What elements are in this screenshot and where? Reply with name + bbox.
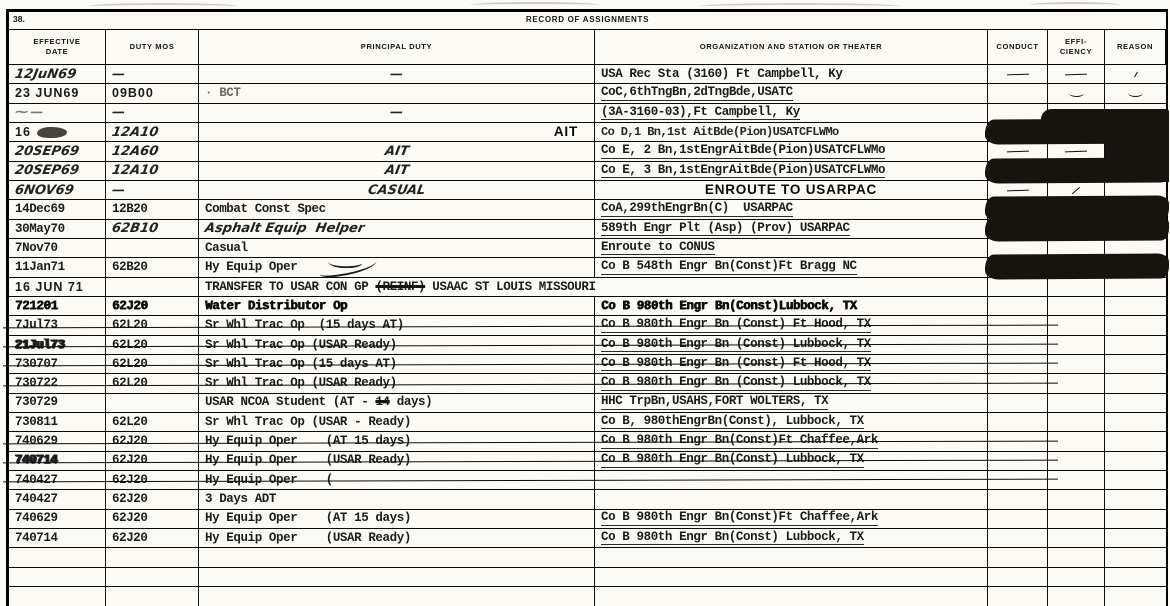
table-row: 74062962J20Hy Equip Oper (AT 15 days)Co … <box>9 432 1166 451</box>
cell-text: 62L20 <box>112 358 148 371</box>
table-row: 73072262L20Sr Whl Trac Op (USAR Ready)Co… <box>9 374 1166 393</box>
cell-text: 62J20 <box>112 474 148 487</box>
table-row: 30May7062B10Asphalt Equip Helper589th En… <box>9 220 1166 239</box>
cell-text: Sr Whl Trac Op (USAR Ready) <box>205 339 397 352</box>
cell-text: — <box>389 106 404 119</box>
effective-date-cell <box>9 548 106 566</box>
organization-cell: CoC,6thTngBn,2dTngBde,USATC <box>595 84 988 102</box>
table-row: 16 JUN 71TRANSFER TO USAR CON GP (REINF)… <box>9 278 1166 297</box>
duty-mos-cell: 12A10 <box>106 162 199 180</box>
cell-text: 730707 <box>15 358 58 371</box>
efficiency-cell <box>1048 374 1105 392</box>
principal-duty-cell <box>199 587 595 606</box>
cell-text: 62J20 <box>112 493 148 506</box>
pen-mark <box>1006 73 1028 75</box>
organization-cell: Co B 980th Engr Bn(Const) Lubbock, TX <box>595 529 988 547</box>
form-title-band: 38. RECORD OF ASSIGNMENTS <box>9 12 1166 30</box>
reason-cell <box>1105 568 1166 586</box>
cell-text: Co B 980th Engr Bn(Const) Lubbock, TX <box>601 531 864 546</box>
principal-duty-cell: — <box>199 65 595 83</box>
cell-text: Co B 980th Engr Bn (Const) Lubbock, TX <box>601 338 871 353</box>
effective-date-cell: 6NOV69 <box>9 181 106 199</box>
organization-cell: Enroute to CONUS <box>595 239 988 257</box>
cell-text: Co E, 2 Bn,1stEngrAitBde(Pion)USATCFLWMo <box>601 144 885 159</box>
effective-date-cell <box>9 568 106 586</box>
duty-mos-cell: 62B10 <box>106 220 199 238</box>
reason-cell <box>1105 490 1166 508</box>
efficiency-cell <box>1048 84 1105 102</box>
duty-mos-cell: 62L20 <box>106 316 199 334</box>
table-row: 12JuN69——USA Rec Sta (3160) Ft Campbell,… <box>9 65 1166 84</box>
conduct-cell <box>988 394 1048 412</box>
principal-duty-cell: Sr Whl Trac Op (15 days AT) <box>199 355 595 373</box>
efficiency-cell <box>1048 65 1105 83</box>
table-row <box>9 548 1166 567</box>
cell-text: Casual <box>205 242 248 255</box>
reason-cell <box>1105 548 1166 566</box>
principal-duty-cell: — <box>199 104 595 122</box>
cell-text: 740629 <box>15 435 58 448</box>
cell-text: 16 JUN 71 <box>15 281 84 294</box>
conduct-cell <box>988 568 1048 586</box>
duty-mos-cell: 62L20 <box>106 355 199 373</box>
table-row: 23 JUN6909B00· BCTCoC,6thTngBn,2dTngBde,… <box>9 84 1166 103</box>
table-row: 74071462J20Hy Equip Oper (USAR Ready)Co … <box>9 529 1166 548</box>
cell-text: Enroute to CONUS <box>601 241 715 256</box>
principal-duty-cell: Combat Const Spec <box>199 200 595 218</box>
table-row: 74071462J20Hy Equip Oper (USAR Ready)Co … <box>9 452 1166 471</box>
cell-text: 730811 <box>15 416 58 429</box>
effective-date-cell: 730811 <box>9 413 106 431</box>
organization-cell <box>595 587 988 606</box>
principal-duty-cell <box>199 568 595 586</box>
table-row: 16 12A10AITCo D,1 Bn,1st AitBde(Pion)USA… <box>9 123 1166 142</box>
reason-cell <box>1105 413 1166 431</box>
cell-text: Co B 980th Engr Bn(Const)Ft Chaffee,Ark <box>601 434 878 449</box>
cell-text: Co B 980th Engr Bn(Const) Lubbock, TX <box>601 453 864 468</box>
form-title: RECORD OF ASSIGNMENTS <box>526 15 649 24</box>
principal-duty-cell: AIT <box>199 162 595 180</box>
effective-date-cell: 730707 <box>9 355 106 373</box>
principal-duty-cell: AIT <box>199 142 595 160</box>
pen-mark <box>1128 89 1143 97</box>
efficiency-cell <box>1048 490 1105 508</box>
organization-cell: Co D,1 Bn,1st AitBde(Pion)USATCFLWMo <box>595 123 988 141</box>
principal-duty-cell: Hy Equip Oper <box>199 258 595 276</box>
redaction-mark <box>985 215 1169 241</box>
efficiency-cell <box>1048 336 1105 354</box>
cell-text: — <box>111 106 126 119</box>
organization-cell: Co E, 3 Bn,1stEngrAitBde(Pion)USATCFLWMo <box>595 162 988 180</box>
effective-date-cell: 730722 <box>9 374 106 392</box>
cell-text: Hy Equip Oper (AT 15 days) <box>205 512 411 525</box>
duty-mos-cell: 09B00 <box>106 84 199 102</box>
cell-text: 12A10 <box>111 126 160 139</box>
cell-text: Combat Const Spec <box>205 203 326 216</box>
cell-text: 62J20 <box>112 532 148 545</box>
reason-cell <box>1105 65 1166 83</box>
cell-text: days) <box>390 396 433 409</box>
effective-date-cell: 20SEP69 <box>9 142 106 160</box>
cell-text: Co B 980th Engr Bn (Const) Ft Hood, TX <box>601 318 871 333</box>
cell-text: Co B 548th Engr Bn(Const)Ft Bragg NC <box>601 260 857 275</box>
conduct-cell <box>988 510 1048 528</box>
efficiency-cell <box>1048 471 1105 489</box>
duty-mos-cell: 62J20 <box>106 432 199 450</box>
column-header-organization: ORGANIZATION AND STATION OR THEATER <box>595 30 988 64</box>
duty-mos-cell: — <box>106 65 199 83</box>
scan-streak <box>470 2 600 8</box>
conduct-cell <box>988 374 1048 392</box>
organization-cell: (3A-3160-03),Ft Campbell, Ky <box>595 104 988 122</box>
duty-mos-cell: 62J20 <box>106 510 199 528</box>
organization-cell: Co B, 980thEngrBn(Const), Lubbock, TX <box>595 413 988 431</box>
table-row: 73070762L20Sr Whl Trac Op (15 days AT)Co… <box>9 355 1166 374</box>
cell-text: — <box>111 184 126 197</box>
principal-duty-cell: Asphalt Equip Helper <box>199 220 595 238</box>
reason-cell <box>1105 336 1166 354</box>
cell-text: 23 JUN69 <box>15 87 79 100</box>
efficiency-cell <box>1048 316 1105 334</box>
effective-date-cell: 740427 <box>9 471 106 489</box>
effective-date-cell <box>9 587 106 606</box>
conduct-cell <box>988 548 1048 566</box>
organization-cell <box>595 490 988 508</box>
cell-text: Water Distributor Op <box>205 300 347 313</box>
reason-cell <box>1105 510 1166 528</box>
pen-mark <box>1065 73 1087 75</box>
table-row: 20SEP6912A10AITCo E, 3 Bn,1stEngrAitBde(… <box>9 162 1166 181</box>
conduct-cell <box>988 471 1048 489</box>
table-row: 72120162J20Water Distributor OpCo B 980t… <box>9 297 1166 316</box>
pen-mark <box>1072 187 1080 194</box>
cell-text: 16 <box>15 126 35 139</box>
cell-text: CASUAL <box>367 184 427 197</box>
cell-text: 62J20 <box>112 435 148 448</box>
principal-duty-cell: Casual <box>199 239 595 257</box>
table-row: 74062962J20Hy Equip Oper (AT 15 days)Co … <box>9 510 1166 529</box>
duty-mos-cell: 62B20 <box>106 258 199 276</box>
efficiency-cell <box>1048 548 1105 566</box>
effective-date-cell: 740629 <box>9 432 106 450</box>
duty-mos-cell: 62J20 <box>106 471 199 489</box>
table-row: 21Jul7362L20Sr Whl Trac Op (USAR Ready)C… <box>9 336 1166 355</box>
reason-cell <box>1105 84 1166 102</box>
cell-text: 740427 <box>15 474 58 487</box>
principal-duty-cell: Sr Whl Trac Op (USAR - Ready) <box>199 413 595 431</box>
cell-text: (REINF) <box>375 281 425 294</box>
reason-cell <box>1105 471 1166 489</box>
conduct-cell <box>988 336 1048 354</box>
cell-text: Co B, 980thEngrBn(Const), Lubbock, TX <box>601 415 864 430</box>
cell-text: USAAC ST LOUIS MISSOURI <box>425 281 595 294</box>
column-header-effective-date: EFFECTIVE DATE <box>9 30 106 64</box>
cell-text: HHC TrpBn,USAHS,FORT WOLTERS, TX <box>601 395 828 410</box>
cell-text: TRANSFER TO USAR CON GP <box>205 281 375 294</box>
organization-cell: Co B 980th Engr Bn (Const) Ft Hood, TX <box>595 316 988 334</box>
cell-text: 62J20 <box>112 454 148 467</box>
conduct-cell <box>988 316 1048 334</box>
organization-cell: Co B 980th Engr Bn(Const) Lubbock, TX <box>595 452 988 470</box>
principal-duty-cell: Hy Equip Oper (AT 15 days) <box>199 510 595 528</box>
scanned-record-of-assignments-form: 38. RECORD OF ASSIGNMENTS EFFECTIVE DATE… <box>0 0 1170 606</box>
effective-date-cell: 16 <box>9 123 106 141</box>
efficiency-cell <box>1048 568 1105 586</box>
cell-text: Co B 980th Engr Bn (Const) Lubbock, TX <box>601 376 871 391</box>
conduct-cell <box>988 529 1048 547</box>
cell-text: 62B20 <box>112 261 148 274</box>
cell-text: Sr Whl Trac Op (15 days AT) <box>205 358 397 371</box>
efficiency-cell <box>1048 278 1105 296</box>
pen-mark <box>1134 71 1138 77</box>
duty-mos-cell: 62J20 <box>106 490 199 508</box>
efficiency-cell <box>1048 452 1105 470</box>
cell-text: Co B 980th Engr Bn(Const)Lubbock, TX <box>601 300 857 313</box>
table-row: 730729USAR NCOA Student (AT - 14 days)HH… <box>9 394 1166 413</box>
principal-duty-cell <box>199 548 595 566</box>
duty-mos-cell: — <box>106 181 199 199</box>
cell-text: Co E, 3 Bn,1stEngrAitBde(Pion)USATCFLWMo <box>601 164 885 179</box>
cell-text: (3A-3160-03),Ft Campbell, Ky <box>601 106 800 121</box>
conduct-cell <box>988 84 1048 102</box>
principal-duty-cell: AIT <box>199 123 595 141</box>
organization-cell: Co B 980th Engr Bn (Const) Lubbock, TX <box>595 374 988 392</box>
efficiency-cell <box>1048 529 1105 547</box>
cell-text: Asphalt Equip Helper <box>204 222 366 235</box>
cell-text: 20SEP69 <box>14 164 80 177</box>
effective-date-cell: 20SEP69 <box>9 162 106 180</box>
cell-text: Hy Equip Oper (AT 15 days) <box>205 435 411 448</box>
conduct-cell <box>988 587 1048 606</box>
reason-cell <box>1105 278 1166 296</box>
cell-text: AIT <box>554 125 578 139</box>
effective-date-cell: 14Dec69 <box>9 200 106 218</box>
efficiency-cell <box>1048 587 1105 606</box>
scan-streak <box>1030 2 1120 8</box>
cell-text: 12B20 <box>112 203 148 216</box>
principal-duty-cell: Water Distributor Op <box>199 297 595 315</box>
effective-date-cell: 23 JUN69 <box>9 84 106 102</box>
cell-text: 7Jul73 <box>15 319 58 332</box>
cell-text: 7Nov70 <box>15 242 58 255</box>
duty-mos-cell: 12B20 <box>106 200 199 218</box>
cell-text: ENROUTE TO USARPAC <box>705 183 877 197</box>
cell-text: Hy Equip Oper <box>205 261 297 274</box>
reason-cell <box>1105 394 1166 412</box>
organization-cell <box>595 548 988 566</box>
organization-cell: CoA,299thEngrBn(C) USARPAC <box>595 200 988 218</box>
effective-date-cell: 7Nov70 <box>9 239 106 257</box>
organization-cell: Co B 980th Engr Bn(Const)Ft Chaffee,Ark <box>595 510 988 528</box>
table-row: 11Jan7162B20Hy Equip OperCo B 548th Engr… <box>9 258 1166 277</box>
effective-date-cell: 740714 <box>9 529 106 547</box>
conduct-cell <box>988 452 1048 470</box>
reason-cell <box>1105 529 1166 547</box>
effective-date-cell: 16 JUN 71 <box>9 278 106 296</box>
cell-text: Sr Whl Trac Op (USAR - Ready) <box>205 416 411 429</box>
ink-smudge-mark <box>37 127 67 138</box>
cell-text: CoA,299thEngrBn(C) USARPAC <box>601 202 793 217</box>
conduct-cell <box>988 355 1048 373</box>
organization-cell: Co B 980th Engr Bn (Const) Lubbock, TX <box>595 336 988 354</box>
cell-text: USAR NCOA Student (AT - <box>205 396 375 409</box>
principal-duty-cell: Hy Equip Oper ( <box>199 471 595 489</box>
reason-cell <box>1105 587 1166 606</box>
record-of-assignments-table: 38. RECORD OF ASSIGNMENTS EFFECTIVE DATE… <box>6 9 1168 606</box>
cell-text: — <box>389 68 404 81</box>
duty-mos-cell: 62J20 <box>106 452 199 470</box>
principal-duty-cell: 3 Days ADT <box>199 490 595 508</box>
cell-text: 62B10 <box>111 222 159 235</box>
organization-cell <box>595 471 988 489</box>
cell-text: 740714 <box>15 454 58 467</box>
duty-mos-cell: 62L20 <box>106 413 199 431</box>
cell-text: 09B00 <box>112 87 154 100</box>
column-header-reason: REASON <box>1105 30 1166 64</box>
conduct-cell <box>988 432 1048 450</box>
cell-text: 21Jul73 <box>15 339 65 352</box>
effective-date-cell: 12JuN69 <box>9 65 106 83</box>
pen-mark <box>1006 189 1028 191</box>
cell-text: Co B 980th Engr Bn(Const)Ft Chaffee,Ark <box>601 511 878 526</box>
cell-text: 12JuN69 <box>14 68 77 81</box>
organization-cell: Co B 980th Engr Bn(Const)Lubbock, TX <box>595 297 988 315</box>
organization-cell: Co B 548th Engr Bn(Const)Ft Bragg NC <box>595 258 988 276</box>
column-header-conduct: CONDUCT <box>988 30 1048 64</box>
cell-text: Hy Equip Oper (USAR Ready) <box>205 532 411 545</box>
effective-date-cell: 30May70 <box>9 220 106 238</box>
pen-mark <box>1006 151 1028 153</box>
effective-date-cell: 11Jan71 <box>9 258 106 276</box>
cell-text: 3 Days ADT <box>205 493 276 506</box>
cell-text: 14 <box>375 396 389 409</box>
table-row: 74042762J203 Days ADT <box>9 490 1166 509</box>
table-row <box>9 568 1166 587</box>
table-row: 7Jul7362L20Sr Whl Trac Op (15 days AT)Co… <box>9 316 1166 335</box>
effective-date-cell: 721201 <box>9 297 106 315</box>
principal-duty-cell: TRANSFER TO USAR CON GP (REINF) USAAC ST… <box>199 278 988 296</box>
effective-date-cell: 21Jul73 <box>9 336 106 354</box>
principal-duty-cell: Hy Equip Oper (USAR Ready) <box>199 529 595 547</box>
duty-mos-cell: 12A10 <box>106 123 199 141</box>
reason-cell <box>1105 452 1166 470</box>
organization-cell: HHC TrpBn,USAHS,FORT WOLTERS, TX <box>595 394 988 412</box>
cell-text: Sr Whl Trac Op (15 days AT) <box>205 319 404 332</box>
duty-mos-cell <box>106 587 199 606</box>
effective-date-cell: 7Jul73 <box>9 316 106 334</box>
cell-text: Co B 980th Engr Bn (Const) Ft Hood, TX <box>601 357 871 372</box>
redaction-mark <box>1105 160 1169 182</box>
organization-cell: Co B 980th Engr Bn (Const) Ft Hood, TX <box>595 355 988 373</box>
effective-date-cell: 740427 <box>9 490 106 508</box>
cell-text: 62L20 <box>112 416 148 429</box>
cell-text: — <box>111 68 126 81</box>
cell-text: 740714 <box>15 532 58 545</box>
cell-text: 6NOV69 <box>14 184 75 197</box>
column-header-principal-duty: PRINCIPAL DUTY <box>199 30 595 64</box>
organization-cell: Co E, 2 Bn,1stEngrAitBde(Pion)USATCFLWMo <box>595 142 988 160</box>
table-row <box>9 587 1166 606</box>
effective-date-cell: 730729 <box>9 394 106 412</box>
cell-text: 20SEP69 <box>14 145 80 158</box>
cell-text: AIT <box>383 145 409 158</box>
organization-cell <box>595 568 988 586</box>
effective-date-cell: 740629 <box>9 510 106 528</box>
efficiency-cell <box>1048 297 1105 315</box>
column-header-efficiency: EFFI- CIENCY <box>1048 30 1105 64</box>
redaction-mark <box>985 254 1169 280</box>
cell-text: 740427 <box>15 493 58 506</box>
cell-text: Hy Equip Oper ( <box>205 474 333 487</box>
principal-duty-cell: CASUAL <box>199 181 595 199</box>
cell-text: 730729 <box>15 396 58 409</box>
cell-text: AIT <box>383 164 409 177</box>
effective-date-cell: ⁓ — <box>9 104 106 122</box>
efficiency-cell <box>1048 413 1105 431</box>
duty-mos-cell <box>106 278 199 296</box>
conduct-cell <box>988 278 1048 296</box>
cell-text: 740629 <box>15 512 58 525</box>
conduct-cell <box>988 490 1048 508</box>
cell-text: 12A10 <box>111 164 160 177</box>
principal-duty-cell: Sr Whl Trac Op (15 days AT) <box>199 316 595 334</box>
column-header-row: EFFECTIVE DATE DUTY MOS PRINCIPAL DUTY O… <box>9 30 1166 65</box>
reason-cell <box>1105 316 1166 334</box>
principal-duty-cell: Hy Equip Oper (AT 15 days) <box>199 432 595 450</box>
principal-duty-cell: Sr Whl Trac Op (USAR Ready) <box>199 374 595 392</box>
duty-mos-cell: 62L20 <box>106 374 199 392</box>
cell-text: · BCT <box>205 87 241 100</box>
cell-text: Co D,1 Bn,1st AitBde(Pion)USATCFLWMo <box>601 126 839 138</box>
cell-text: ⁓ — <box>14 106 45 119</box>
duty-mos-cell: 62J20 <box>106 297 199 315</box>
reason-cell <box>1105 297 1166 315</box>
reason-cell <box>1105 374 1166 392</box>
conduct-cell <box>988 65 1048 83</box>
efficiency-cell <box>1048 510 1105 528</box>
cell-text: CoC,6thTngBn,2dTngBde,USATC <box>601 86 793 101</box>
column-header-duty-mos: DUTY MOS <box>106 30 199 64</box>
reason-cell <box>1105 355 1166 373</box>
duty-mos-cell <box>106 548 199 566</box>
efficiency-cell <box>1048 355 1105 373</box>
cell-text: 62L20 <box>112 377 148 390</box>
duty-mos-cell: — <box>106 104 199 122</box>
organization-cell: USA Rec Sta (3160) Ft Campbell, Ky <box>595 65 988 83</box>
organization-cell: 589th Engr Plt (Asp) (Prov) USARPAC <box>595 220 988 238</box>
table-row: 73081162L20Sr Whl Trac Op (USAR - Ready)… <box>9 413 1166 432</box>
principal-duty-cell: USAR NCOA Student (AT - 14 days) <box>199 394 595 412</box>
cell-text: 721201 <box>15 300 58 313</box>
duty-mos-cell: 62J20 <box>106 529 199 547</box>
cell-text: USA Rec Sta (3160) Ft Campbell, Ky <box>601 68 842 81</box>
organization-cell: ENROUTE TO USARPAC <box>595 181 988 199</box>
conduct-cell <box>988 297 1048 315</box>
duty-mos-cell <box>106 394 199 412</box>
duty-mos-cell <box>106 568 199 586</box>
handwritten-scribble <box>319 255 379 279</box>
cell-text: 62L20 <box>112 339 148 352</box>
cell-text: 12A60 <box>111 145 160 158</box>
principal-duty-cell: Hy Equip Oper (USAR Ready) <box>199 452 595 470</box>
cell-text: 62J20 <box>112 512 148 525</box>
principal-duty-cell: Sr Whl Trac Op (USAR Ready) <box>199 336 595 354</box>
pen-mark <box>1069 89 1084 97</box>
assignment-rows: 12JuN69——USA Rec Sta (3160) Ft Campbell,… <box>9 65 1166 606</box>
organization-cell: Co B 980th Engr Bn(Const)Ft Chaffee,Ark <box>595 432 988 450</box>
cell-text: 62L20 <box>112 319 148 332</box>
efficiency-cell <box>1048 432 1105 450</box>
